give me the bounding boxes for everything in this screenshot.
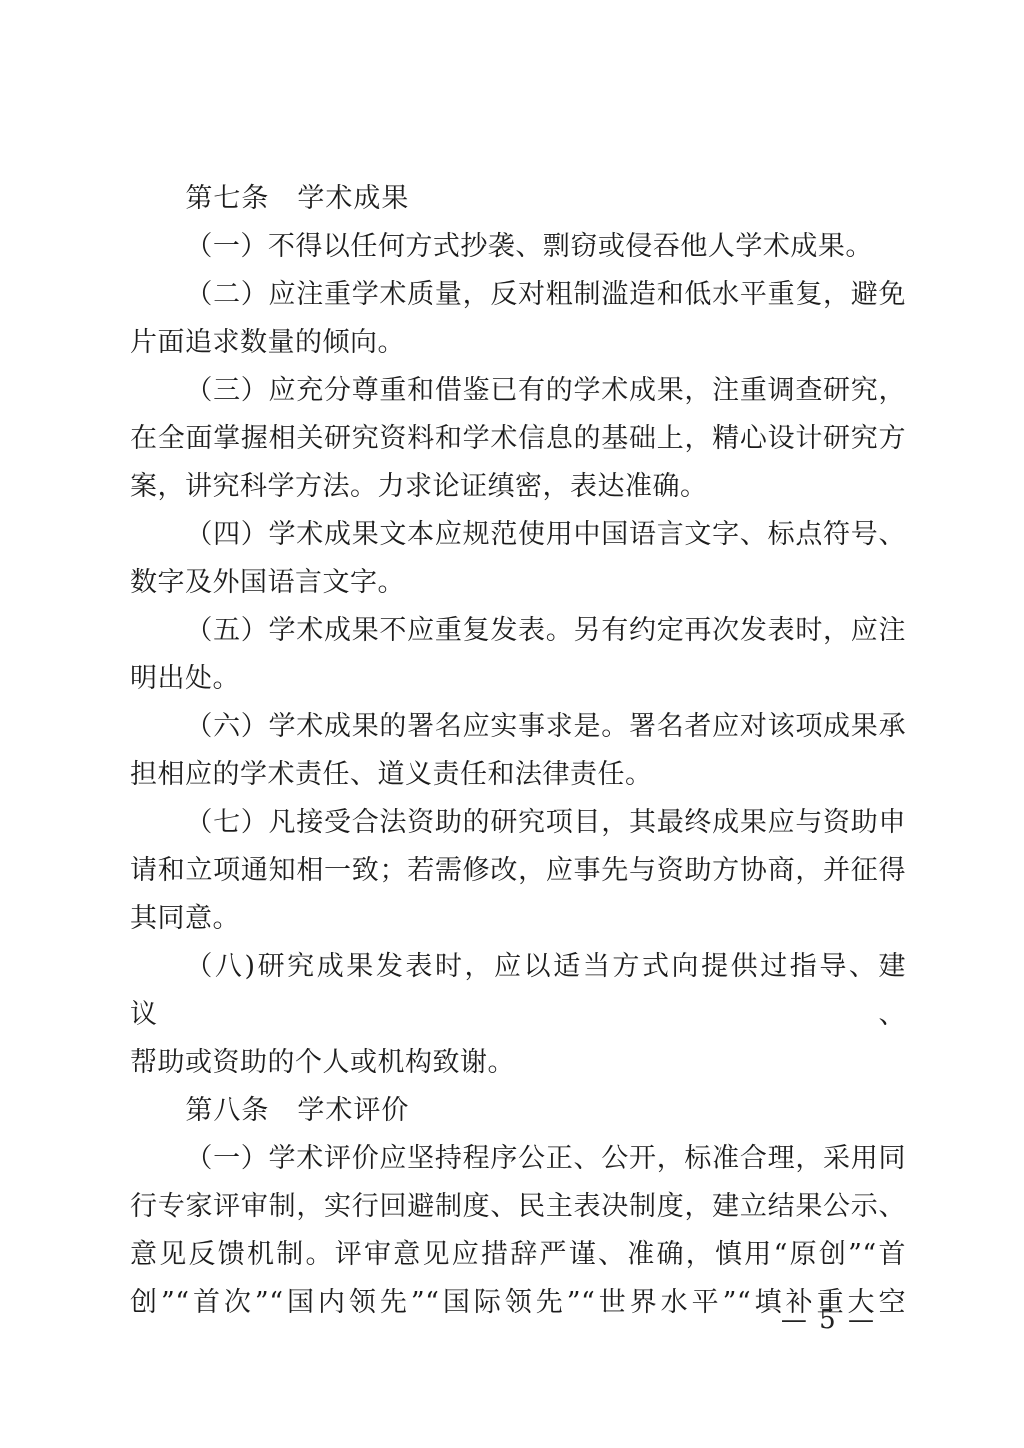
article-7-item-1: （一）不得以任何方式抄袭、剽窃或侵吞他人学术成果。: [130, 223, 906, 271]
article-7-item-7-line1: （七）凡接受合法资助的研究项目，其最终成果应与资助申: [130, 799, 906, 847]
document-body: 第七条 学术成果 （一）不得以任何方式抄袭、剽窃或侵吞他人学术成果。 （二）应注…: [130, 175, 906, 1327]
article-8-item-1-line1: （一）学术评价应坚持程序公正、公开，标准合理，采用同: [130, 1135, 906, 1183]
article-7-item-6-line2: 担相应的学术责任、道义责任和法律责任。: [130, 751, 906, 799]
article-7-item-4-line1: （四）学术成果文本应规范使用中国语言文字、标点符号、: [130, 511, 906, 559]
article-7-item-2-line2: 片面追求数量的倾向。: [130, 319, 906, 367]
page-number: — 5 —: [781, 1305, 876, 1335]
article-7-item-7-line2: 请和立项通知相一致；若需修改，应事先与资助方协商，并征得: [130, 847, 906, 895]
article-7-item-7-line3: 其同意。: [130, 895, 906, 943]
article-7-item-8-line2: 帮助或资助的个人或机构致谢。: [130, 1039, 906, 1087]
article-7-item-3-line1: （三）应充分尊重和借鉴已有的学术成果，注重调查研究，: [130, 367, 906, 415]
article-7-item-4-line2: 数字及外国语言文字。: [130, 559, 906, 607]
article-7-item-2-line1: （二）应注重学术质量，反对粗制滥造和低水平重复，避免: [130, 271, 906, 319]
article-7-heading: 第七条 学术成果: [130, 175, 906, 223]
article-7-item-6-line1: （六）学术成果的署名应实事求是。署名者应对该项成果承: [130, 703, 906, 751]
article-7-item-3-line2: 在全面掌握相关研究资料和学术信息的基础上，精心设计研究方: [130, 415, 906, 463]
article-7-item-5-line1: （五）学术成果不应重复发表。另有约定再次发表时，应注: [130, 607, 906, 655]
document-page: 第七条 学术成果 （一）不得以任何方式抄袭、剽窃或侵吞他人学术成果。 （二）应注…: [0, 0, 1024, 1448]
article-7-item-3-line3: 案，讲究科学方法。力求论证缜密，表达准确。: [130, 463, 906, 511]
article-8-item-1-line2: 行专家评审制，实行回避制度、民主表决制度，建立结果公示、: [130, 1183, 906, 1231]
article-8-heading: 第八条 学术评价: [130, 1087, 906, 1135]
article-7-item-8-line1: （八)研究成果发表时，应以适当方式向提供过指导、建议、: [130, 943, 906, 1039]
article-7-item-5-line2: 明出处。: [130, 655, 906, 703]
article-8-item-1-line3: 意见反馈机制。评审意见应措辞严谨、准确，慎用“原创”“首: [130, 1231, 906, 1279]
